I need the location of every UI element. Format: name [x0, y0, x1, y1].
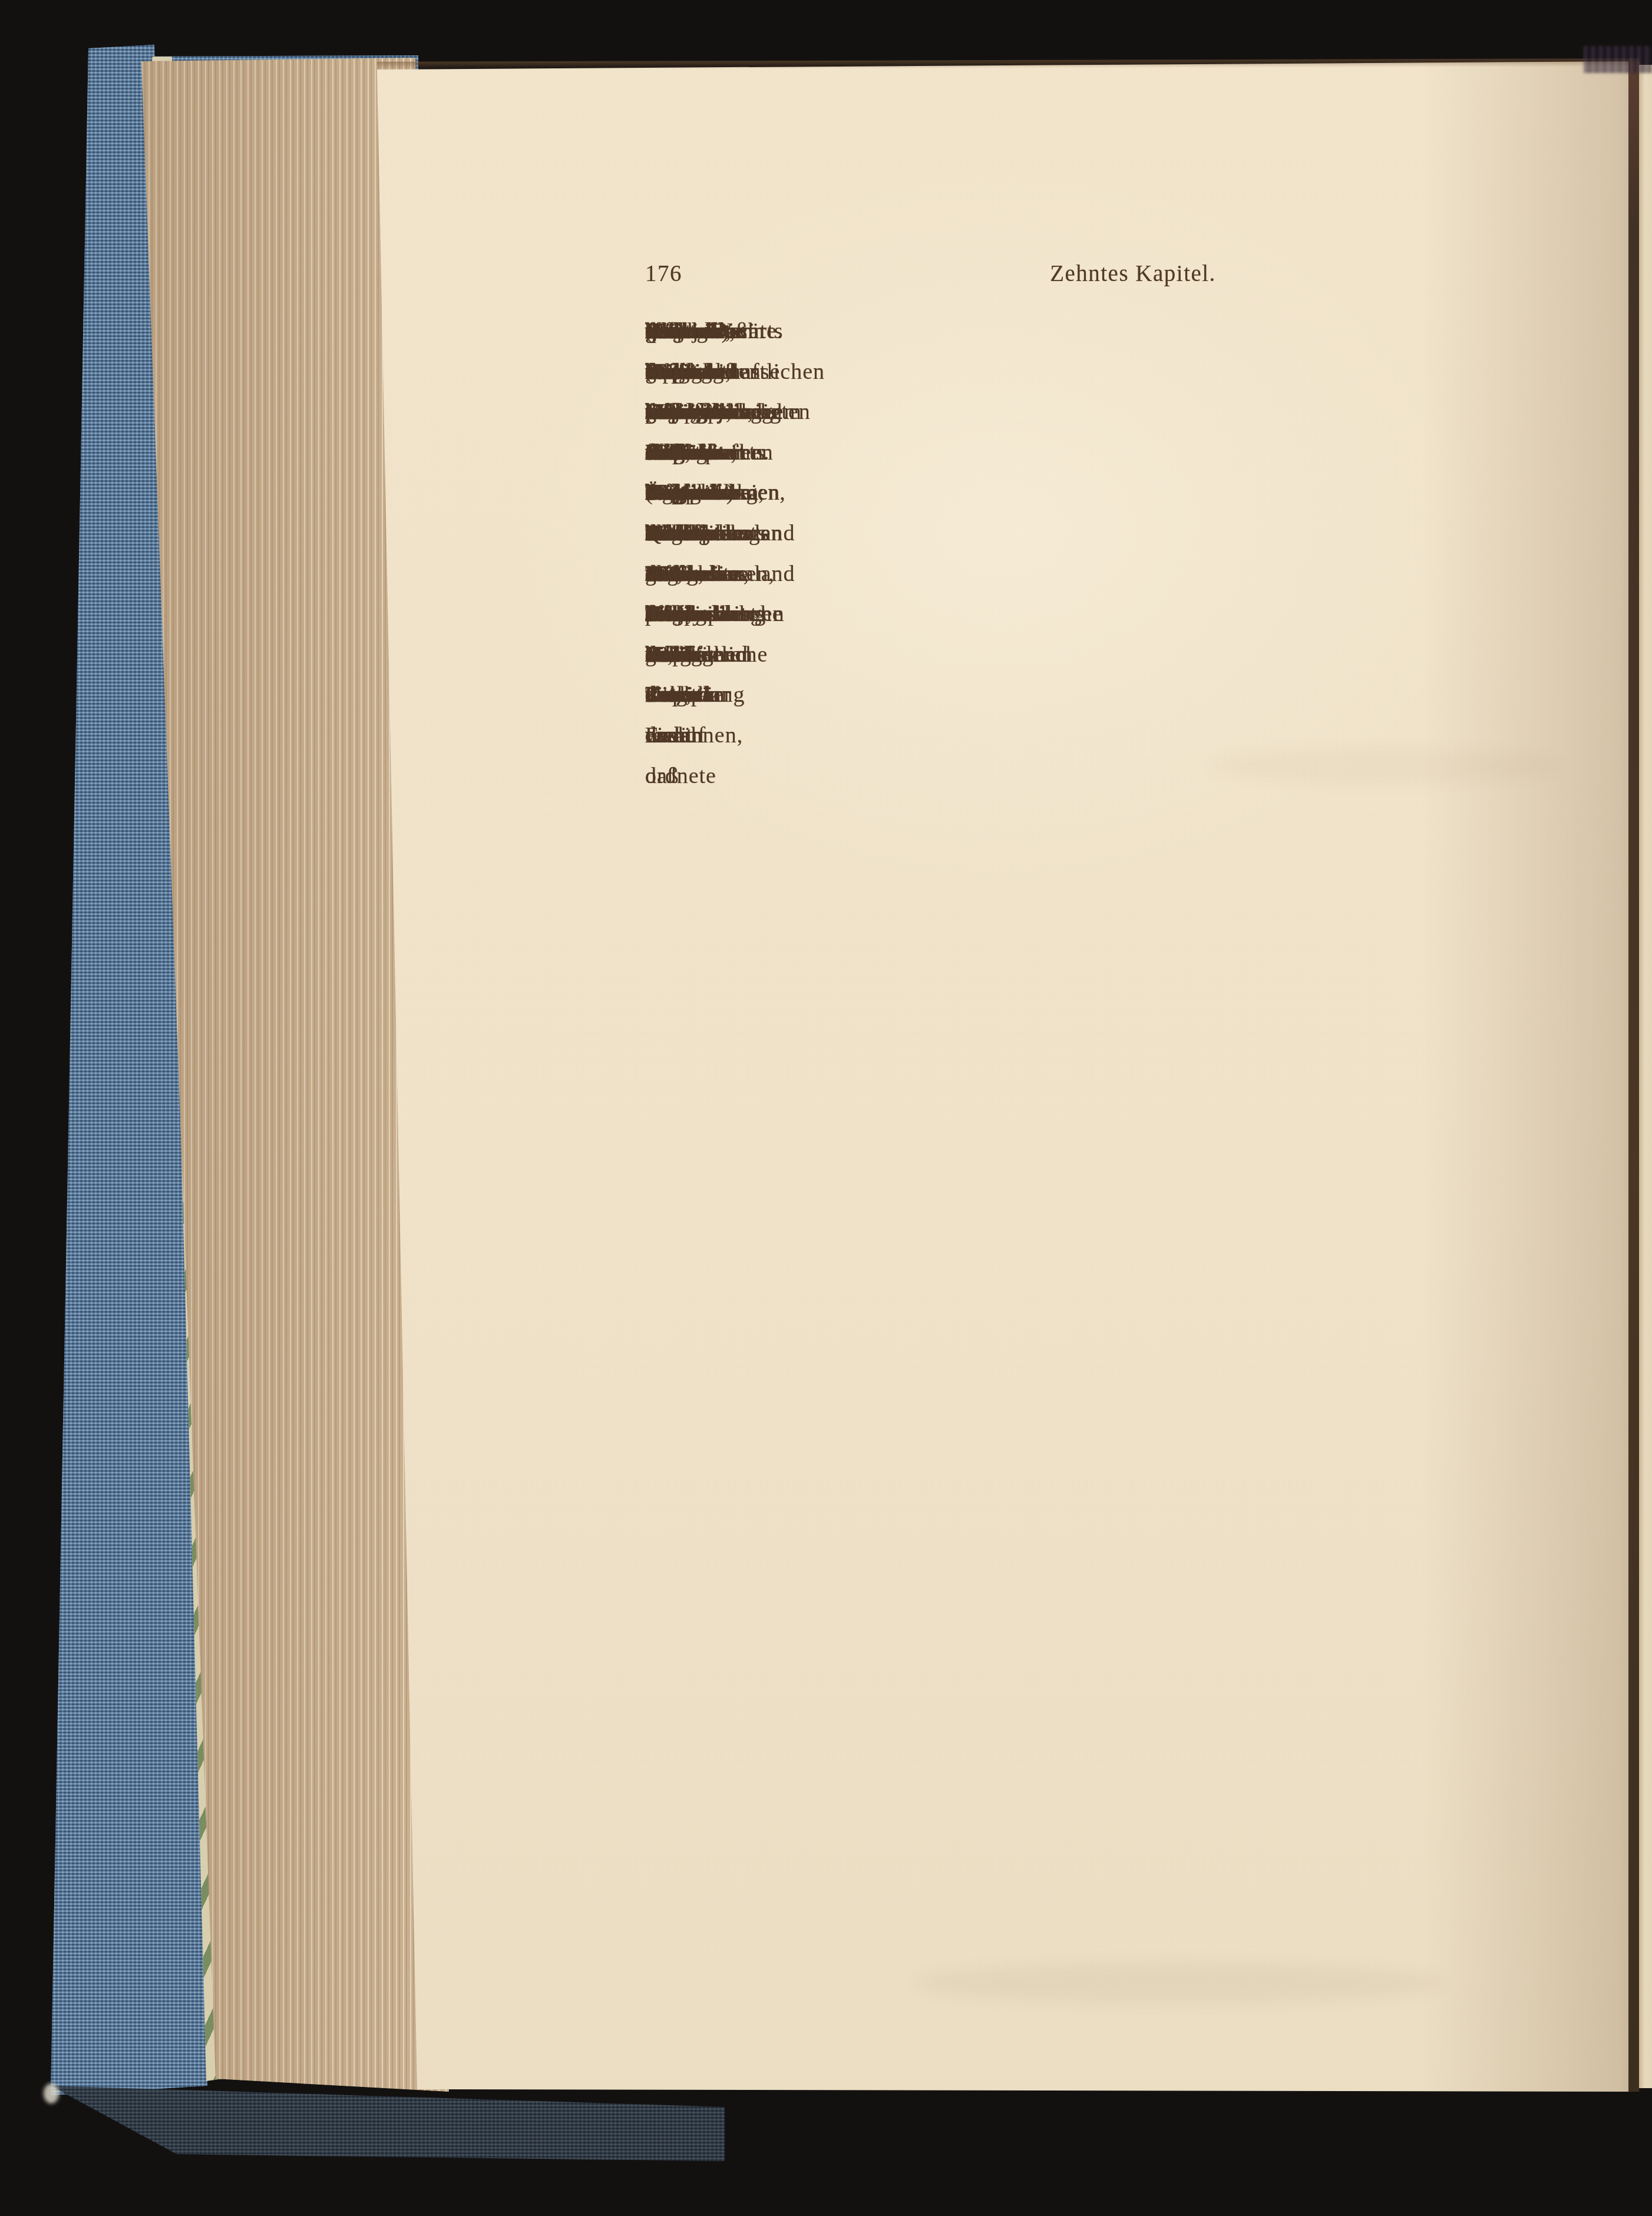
chapter-header: Zehntes Kapitel.	[645, 253, 1621, 295]
scanned-book-photo: 176 Zehntes Kapitel. Die Neuigkeiten von…	[0, 0, 1652, 2216]
show-through-smudge	[913, 1962, 1443, 2003]
page-header: 176 Zehntes Kapitel.	[645, 253, 1621, 295]
facing-page-sliver	[1639, 65, 1652, 2088]
page-text-block: 176 Zehntes Kapitel. Die Neuigkeiten von…	[645, 253, 1621, 1962]
gutter-shadow-line	[1628, 61, 1640, 2092]
cover-corner-fray	[44, 2083, 59, 2103]
gutter-top-mottle	[1584, 46, 1652, 73]
